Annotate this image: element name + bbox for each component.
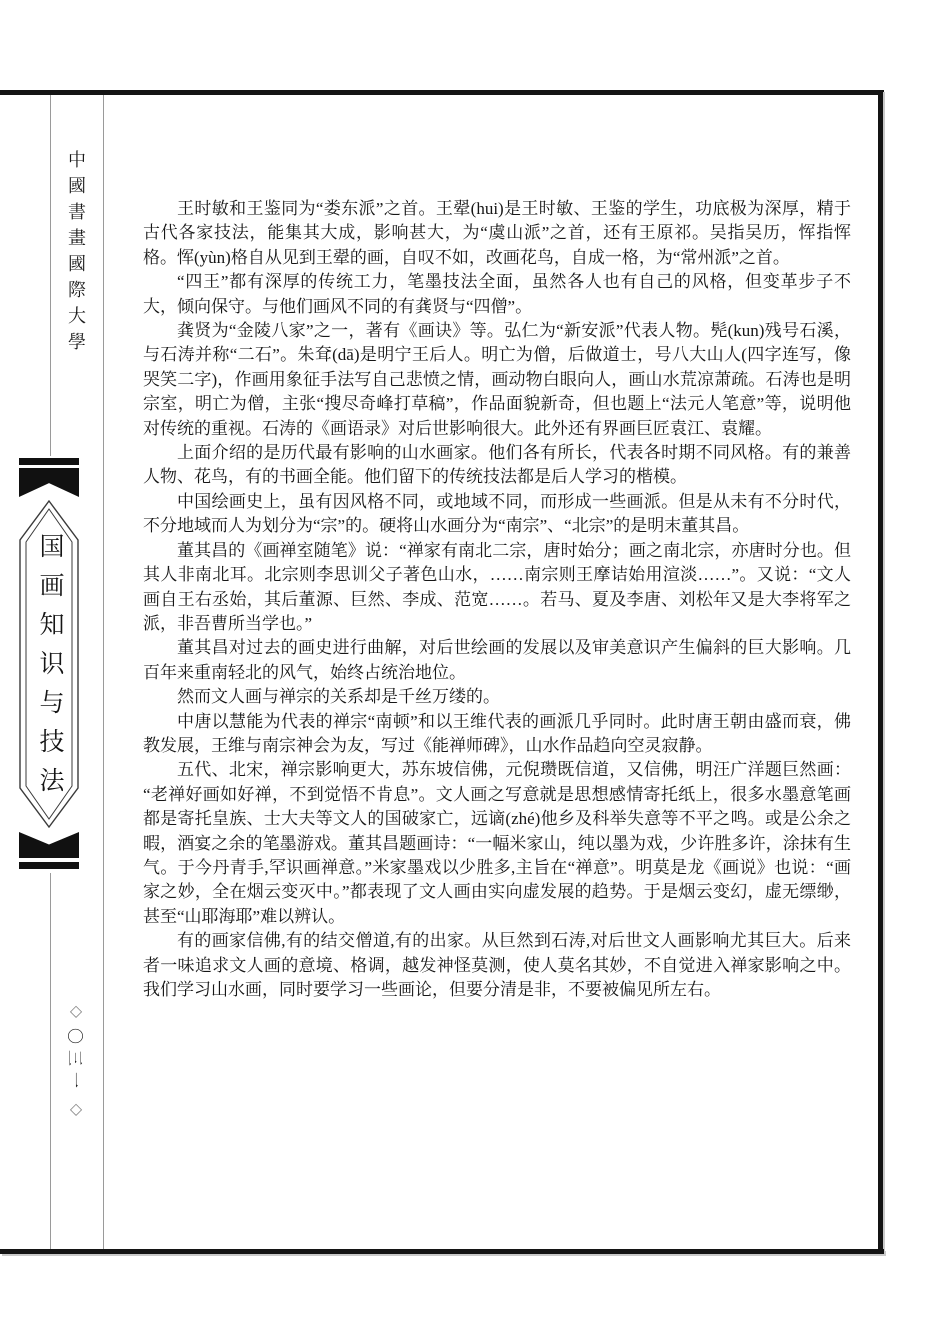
diamond-ornament-top-icon: ◇ — [70, 1003, 82, 1021]
diamond-ornament-bottom-icon: ◇ — [70, 1101, 82, 1119]
banner-bottom-ribbon — [19, 832, 79, 858]
article-paragraph: 然而文人画与禅宗的关系却是千丝万缕的。 — [143, 685, 851, 709]
banner-top-ribbon — [19, 468, 79, 497]
page-number: ◇ 〇三一 ◇ — [65, 1003, 88, 1119]
article-paragraph: 董其昌对过去的画史进行曲解，对后世绘画的发展以及审美意识产生偏斜的巨大影响。几百… — [143, 636, 851, 685]
margin-rule-left-upper — [50, 95, 51, 456]
university-title-vertical: 中國書畫國際大學 — [63, 150, 89, 358]
chapter-banner: 国画知识与技法 — [19, 458, 79, 869]
page-number-value: 〇三一 — [65, 1028, 88, 1094]
article-paragraph: 董其昌的《画禅室随笔》说：“禅家有南北二宗，唐时始分；画之南北宗，亦唐时分也。但… — [143, 539, 851, 637]
page-frame-right — [878, 90, 883, 1254]
article-paragraph: 五代、北宋，禅宗影响更大，苏东坡信佛，元倪瓒既信道，又信佛，明汪广洋题巨然画：“… — [143, 758, 851, 929]
page-frame-top — [0, 90, 884, 95]
article-paragraph: 中唐以慧能为代表的禅宗“南顿”和以王维代表的画派几乎同时。此时唐王朝由盛而衰，佛… — [143, 710, 851, 759]
margin-rule-inner — [103, 95, 104, 1249]
banner-top-bar — [19, 458, 79, 465]
article-paragraph: “四王”都有深厚的传统工力，笔墨技法全面，虽然各人也有自己的风格，但变革步子不大… — [143, 270, 851, 319]
book-page: 中國書畫國際大學 国画知识与技法 ◇ 〇三一 ◇ 王时敏和王鉴同为“娄东派”之首… — [0, 0, 950, 1344]
banner-bottom-bar — [19, 862, 79, 869]
article-body: 王时敏和王鉴同为“娄东派”之首。王翚(hui)是王时敏、王鉴的学生，功底极为深厚… — [143, 197, 851, 1002]
article-paragraph: 有的画家信佛,有的结交僧道,有的出家。从巨然到石涛,对后世文人画影响尤其巨大。后… — [143, 929, 851, 1002]
margin-rule-left-lower — [50, 873, 51, 1249]
banner-hexagon: 国画知识与技法 — [19, 500, 79, 828]
article-paragraph: 上面介绍的是历代最有影响的山水画家。他们各有所长，代表各时期不同风格。有的兼善人… — [143, 441, 851, 490]
article-paragraph: 龚贤为“金陵八家”之一，著有《画诀》等。弘仁为“新安派”代表人物。髡(kun)残… — [143, 319, 851, 441]
article-paragraph: 王时敏和王鉴同为“娄东派”之首。王翚(hui)是王时敏、王鉴的学生，功底极为深厚… — [143, 197, 851, 270]
page-frame-bottom — [0, 1249, 884, 1254]
banner-title-vertical: 国画知识与技法 — [19, 500, 79, 828]
article-paragraph: 中国绘画史上，虽有因风格不同，或地域不同，而形成一些画派。但是从未有不分时代，不… — [143, 490, 851, 539]
